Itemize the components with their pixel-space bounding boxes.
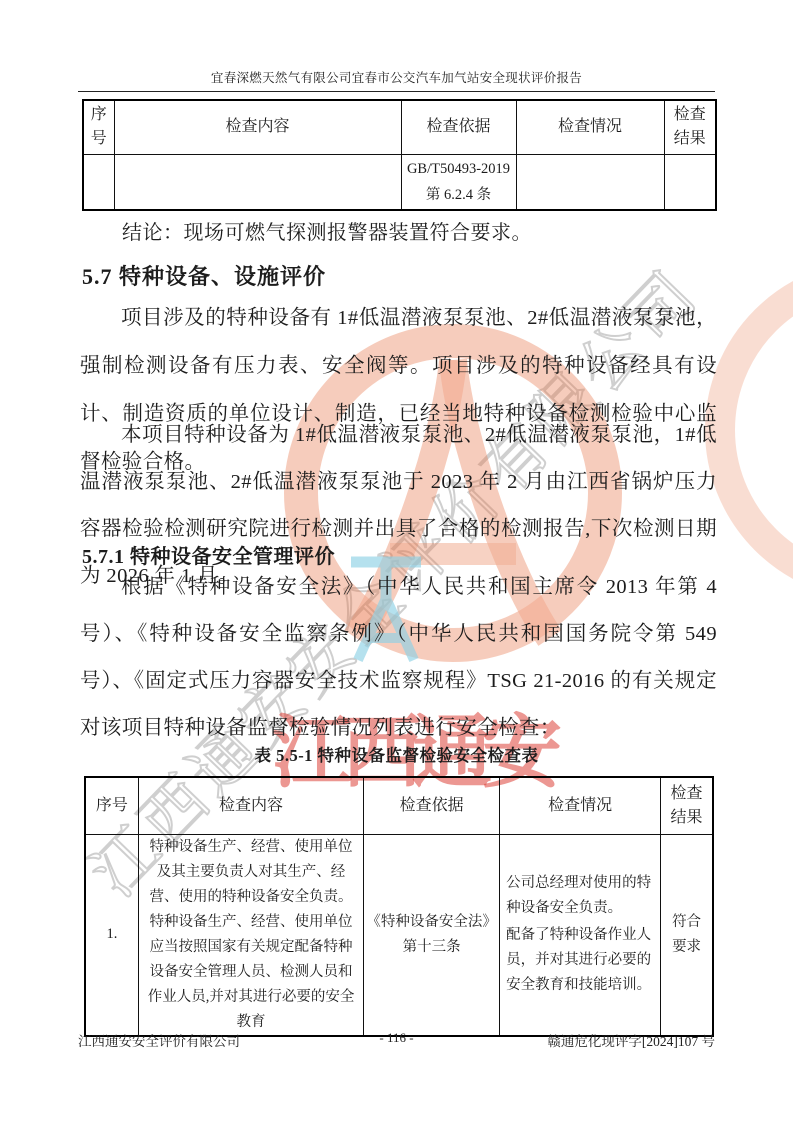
paragraph-3: 根据《特种设备安全法》（中华人民共和国主席令 2013 年第 4 号）、《特种设… — [80, 564, 717, 752]
cell-situation-empty — [516, 154, 664, 210]
col-header-no: 序号 — [83, 100, 114, 154]
cell-no-empty — [83, 154, 114, 210]
footer-page-number: - 116 - — [290, 1030, 502, 1050]
col-header-situation: 检查情况 — [516, 100, 664, 154]
footer-company: 江西通安安全评价有限公司 — [78, 1030, 290, 1050]
conclusion-text: 结论：现场可燃气探测报警器装置符合要求。 — [82, 216, 715, 245]
cell-no: 1. — [85, 834, 138, 1036]
table-caption: 表 5.5-1 特种设备监督检验安全检查表 — [78, 742, 715, 766]
cell-situation: 公司总经理对使用的特种设备安全负责。 配备了特种设备作业人员，并对其进行必要的安… — [500, 834, 661, 1036]
cell-basis: 《特种设备安全法》第十三条 — [364, 834, 500, 1036]
col-header-situation: 检查情况 — [500, 777, 661, 834]
footer-doc-number: 赣通危化现评字[2024]107 号 — [503, 1030, 715, 1050]
col-header-basis: 检查依据 — [401, 100, 516, 154]
table-row: 1. 特种设备生产、经营、使用单位及其主要负责人对其生产、经营、使用的特种设备安… — [85, 834, 713, 1036]
table-header-row: 序号 检查内容 检查依据 检查情况 检查结果 — [83, 100, 716, 154]
table-header-row: 序号 检查内容 检查依据 检查情况 检查结果 — [85, 777, 713, 834]
document-page: 江西通安安全评价有限公司 江西通安 宜春深燃天然气有限公司宜春市公交汽车加气站安… — [0, 0, 793, 1122]
cell-content-empty — [114, 154, 401, 210]
section-heading-5-7: 5.7 特种设备、设施评价 — [82, 260, 326, 291]
col-header-basis: 检查依据 — [364, 777, 500, 834]
col-header-content: 检查内容 — [114, 100, 401, 154]
page-footer: 江西通安安全评价有限公司 - 116 - 赣通危化现评字[2024]107 号 — [78, 1030, 715, 1050]
cell-basis: GB/T50493-2019第 6.2.4 条 — [401, 154, 516, 210]
page-content: 宜春深燃天然气有限公司宜春市公交汽车加气站安全现状评价报告 序号 检查内容 检查… — [0, 0, 793, 1122]
col-header-result: 检查结果 — [661, 777, 713, 834]
col-header-content: 检查内容 — [138, 777, 363, 834]
table-row: GB/T50493-2019第 6.2.4 条 — [83, 154, 716, 210]
cell-result: 符合要求 — [661, 834, 713, 1036]
inspection-table-main: 序号 检查内容 检查依据 检查情况 检查结果 1. 特种设备生产、经营、使用单位… — [84, 776, 714, 1037]
col-header-no: 序号 — [85, 777, 138, 834]
cell-result-empty — [664, 154, 716, 210]
inspection-table-top: 序号 检查内容 检查依据 检查情况 检查结果 GB/T50493-2019第 6… — [82, 99, 717, 211]
report-title-header: 宜春深燃天然气有限公司宜春市公交汽车加气站安全现状评价报告 — [78, 68, 715, 92]
col-header-result: 检查结果 — [664, 100, 716, 154]
cell-content: 特种设备生产、经营、使用单位及其主要负责人对其生产、经营、使用的特种设备安全负责… — [138, 834, 363, 1036]
